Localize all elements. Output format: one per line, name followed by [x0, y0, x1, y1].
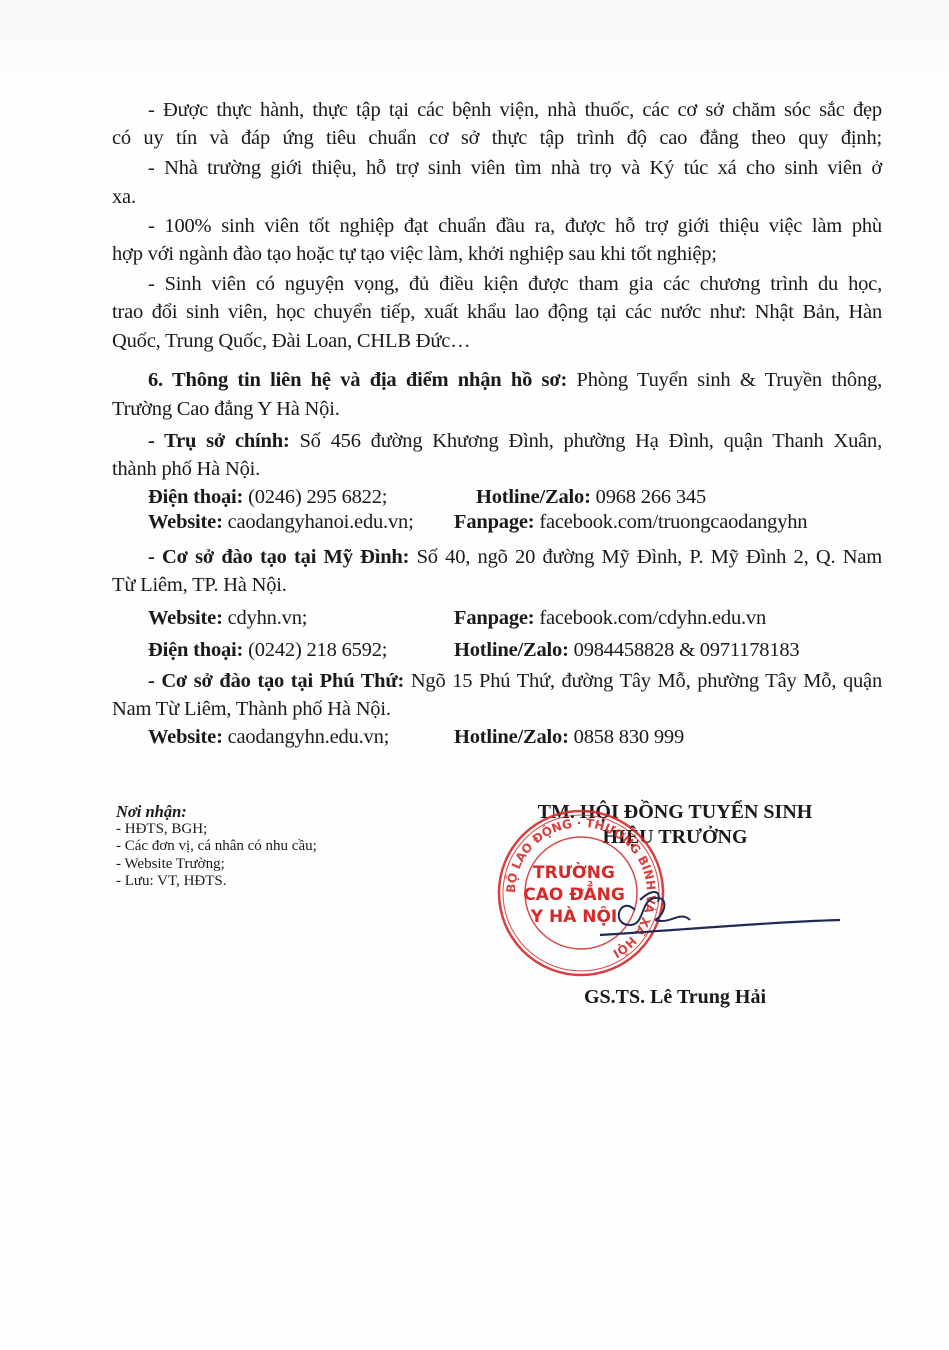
recipient-item: - Các đơn vị, cá nhân có nhu cầu; — [116, 838, 317, 856]
phu-thu-website[interactable]: caodangyhn.edu.vn; — [223, 726, 389, 748]
benefit-2-line-2: xa. — [112, 184, 136, 210]
phu-thu-address-line-1: Ngõ 15 Phú Thứ, đường Tây Mỗ, phường Tây… — [404, 670, 882, 692]
benefit-4-line-3: Quốc, Trung Quốc, Đài Loan, CHLB Đức… — [112, 328, 470, 354]
phu-thu-hotline-value: 0858 830 999 — [569, 726, 684, 748]
my-dinh-hotline: Hotline/Zalo: 0984458828 & 0971178183 — [454, 637, 799, 663]
fanpage-label: Fanpage: — [454, 607, 534, 629]
main-campus-address-line-1: Số 456 đường Khương Đình, phường Hạ Đình… — [290, 430, 882, 452]
contact-heading-rest: Phòng Tuyển sinh & Truyền thông, — [567, 369, 882, 391]
benefit-1-line-1: - Được thực hành, thực tập tại các bệnh … — [148, 97, 882, 123]
my-dinh-web-row: Website: cdyhn.vn; Fanpage: facebook.com… — [148, 605, 888, 631]
my-dinh-website[interactable]: cdyhn.vn; — [223, 607, 308, 629]
phu-thu-campus-address: - Cơ sở đào tạo tại Phú Thứ: Ngõ 15 Phú … — [148, 668, 882, 694]
main-campus-hotline-value: 0968 266 345 — [591, 486, 706, 508]
my-dinh-campus-address: - Cơ sở đào tạo tại Mỹ Đình: Số 40, ngõ … — [148, 544, 882, 570]
contact-heading: 6. Thông tin liên hệ và địa điểm nhận hồ… — [148, 367, 882, 393]
signer-name: GS.TS. Lê Trung Hải — [500, 986, 850, 1009]
scan-bleed-through — [0, 0, 949, 95]
recipient-item: - HĐTS, BGH; — [116, 821, 317, 839]
main-campus-phone: (0246) 295 6822; — [243, 486, 387, 508]
my-dinh-fanpage-value[interactable]: facebook.com/cdyhn.edu.vn — [534, 607, 766, 629]
phu-thu-address-line-2: Nam Từ Liêm, Thành phố Hà Nội. — [112, 696, 391, 722]
main-campus-hotline: Hotline/Zalo: 0968 266 345 — [476, 484, 706, 510]
handwritten-signature-icon — [600, 880, 860, 940]
website-label: Website: — [148, 607, 223, 629]
phu-thu-campus-label: - Cơ sở đào tạo tại Phú Thứ: — [148, 670, 404, 692]
main-campus-fanpage-value[interactable]: facebook.com/truongcaodangyhn — [534, 511, 807, 533]
my-dinh-address-line-1: Số 40, ngõ 20 đường Mỹ Đình, P. Mỹ Đình … — [409, 546, 882, 568]
my-dinh-phone-row: Điện thoại: (0242) 218 6592; Hotline/Zal… — [148, 637, 888, 663]
recipients-title: Nơi nhận: — [116, 803, 317, 821]
main-campus-website[interactable]: caodangyhanoi.edu.vn; — [223, 511, 414, 533]
main-campus-address-line-2: thành phố Hà Nội. — [112, 456, 260, 482]
my-dinh-address-line-2: Từ Liêm, TP. Hà Nội. — [112, 572, 287, 598]
my-dinh-fanpage: Fanpage: facebook.com/cdyhn.edu.vn — [454, 605, 766, 631]
my-dinh-campus-label: - Cơ sở đào tạo tại Mỹ Đình: — [148, 546, 409, 568]
phone-label: Điện thoại: — [148, 639, 243, 661]
contact-heading-bold: 6. Thông tin liên hệ và địa điểm nhận hồ… — [148, 369, 567, 391]
benefit-2-line-1: - Nhà trường giới thiệu, hỗ trợ sinh viê… — [148, 155, 882, 181]
recipients-block: Nơi nhận: - HĐTS, BGH; - Các đơn vị, cá … — [116, 803, 317, 891]
benefit-4-line-2: trao đổi sinh viên, học chuyển tiếp, xuấ… — [112, 299, 882, 325]
recipient-item: - Website Trường; — [116, 856, 317, 874]
fanpage-label: Fanpage: — [454, 511, 534, 533]
main-campus-label: - Trụ sở chính: — [148, 430, 290, 452]
document-page: - Được thực hành, thực tập tại các bệnh … — [0, 0, 949, 1350]
phu-thu-web-row: Website: caodangyhn.edu.vn; Hotline/Zalo… — [148, 724, 888, 750]
benefit-3-line-2: hợp với ngành đào tạo hoặc tự tạo việc l… — [112, 241, 717, 267]
website-label: Website: — [148, 511, 223, 533]
website-label: Website: — [148, 726, 223, 748]
hotline-label: Hotline/Zalo: — [476, 486, 591, 508]
main-campus-address: - Trụ sở chính: Số 456 đường Khương Đình… — [148, 428, 882, 454]
main-campus-phone-row: Điện thoại: (0246) 295 6822; Hotline/Zal… — [148, 484, 888, 510]
benefit-1-line-2: có uy tín và đáp ứng tiêu chuẩn cơ sở th… — [112, 125, 882, 151]
contact-heading-line-2: Trường Cao đẳng Y Hà Nội. — [112, 396, 340, 422]
phu-thu-hotline: Hotline/Zalo: 0858 830 999 — [454, 724, 684, 750]
hotline-label: Hotline/Zalo: — [454, 726, 569, 748]
benefit-3-line-1: - 100% sinh viên tốt nghiệp đạt chuẩn đầ… — [148, 213, 882, 239]
hotline-label: Hotline/Zalo: — [454, 639, 569, 661]
my-dinh-phone: (0242) 218 6592; — [243, 639, 387, 661]
main-campus-web-row: Website: caodangyhanoi.edu.vn; Fanpage: … — [148, 509, 888, 535]
main-campus-fanpage: Fanpage: facebook.com/truongcaodangyhn — [454, 509, 807, 535]
my-dinh-hotline-value: 0984458828 & 0971178183 — [569, 639, 800, 661]
benefit-4-line-1: - Sinh viên có nguyện vọng, đủ điều kiện… — [148, 271, 882, 297]
recipient-item: - Lưu: VT, HĐTS. — [116, 873, 317, 891]
phone-label: Điện thoại: — [148, 486, 243, 508]
